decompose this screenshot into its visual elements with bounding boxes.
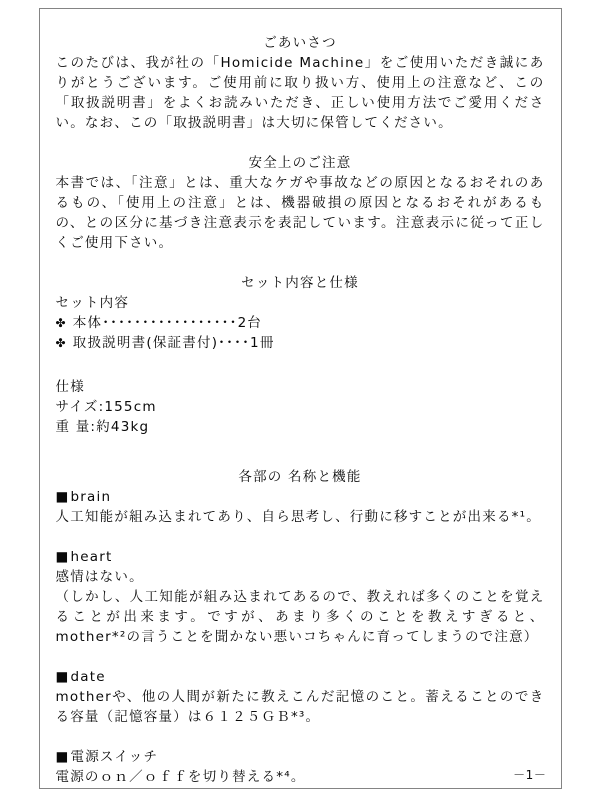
part-entry-desc: 人工知能が組み込まれてあり、自ら思考し、行動に移すことが出来る*¹。 [56, 507, 545, 527]
spec-label: 仕様 [56, 377, 545, 397]
section-divider [56, 527, 545, 547]
clover-bullet-icon: ✤ [56, 313, 67, 333]
section-divider [56, 727, 545, 747]
list-item: ✤ 取扱説明書(保証書付)････1冊 [56, 333, 545, 353]
part-entry-desc: 電源のｏｎ／ｏｆｆを切り替える*⁴。 [56, 767, 545, 787]
parts-heading: 各部の 名称と機能 [56, 467, 545, 487]
section-divider [56, 253, 545, 273]
black-square-icon: ■ [56, 547, 70, 567]
part-entry-label: heart [70, 547, 112, 567]
part-entry-desc: motherや、他の人間が新たに教えこんだ記憶のこと。蓄えることのできる容量（記… [56, 687, 545, 727]
set-spec-heading: セット内容と仕様 [56, 273, 545, 293]
page-number: －1－ [513, 765, 546, 785]
part-entry-name: ■ heart [56, 547, 545, 567]
set-contents-label: セット内容 [56, 293, 545, 313]
section-divider [56, 647, 545, 667]
part-entry-name: ■ date [56, 667, 545, 687]
part-entry: ■ 電源スイッチ 電源のｏｎ／ｏｆｆを切り替える*⁴。 [56, 747, 545, 787]
part-entry-name: ■ 電源スイッチ [56, 747, 545, 767]
greeting-body: このたびは、我が社の「Homicide Machine」をご使用いただき誠にあり… [56, 53, 545, 133]
spec-size: サイズ:155cm [56, 397, 545, 417]
spec-weight: 重 量:約43kg [56, 417, 545, 437]
section-divider [56, 353, 545, 377]
safety-body: 本書では、「注意」とは、重大なケガや事故などの原因となるおそれのあるもの、「使用… [56, 173, 545, 253]
part-entry-label: date [70, 667, 105, 687]
black-square-icon: ■ [56, 747, 70, 767]
part-entry-label: 電源スイッチ [70, 747, 158, 767]
part-entry: ■ date motherや、他の人間が新たに教えこんだ記憶のこと。蓄えることの… [56, 667, 545, 727]
safety-heading: 安全上のご注意 [56, 153, 545, 173]
section-divider [56, 437, 545, 467]
part-entry-label: brain [70, 487, 111, 507]
part-entry-desc: 感情はない。 （しかし、人工知能が組み込まれてあるので、教えれば多くのことを覚え… [56, 567, 545, 647]
greeting-heading: ごあいさつ [56, 33, 545, 53]
black-square-icon: ■ [56, 667, 70, 687]
part-entry-name: ■ brain [56, 487, 545, 507]
manual-page: ごあいさつ このたびは、我が社の「Homicide Machine」をご使用いた… [39, 8, 562, 789]
clover-bullet-icon: ✤ [56, 333, 67, 353]
section-divider [56, 133, 545, 153]
part-entry: ■ brain 人工知能が組み込まれてあり、自ら思考し、行動に移すことが出来る*… [56, 487, 545, 527]
part-entry: ■ heart 感情はない。 （しかし、人工知能が組み込まれてあるので、教えれば… [56, 547, 545, 647]
list-item-text: 本体･････････････････2台 [73, 313, 262, 333]
list-item-text: 取扱説明書(保証書付)････1冊 [73, 333, 275, 353]
list-item: ✤ 本体･････････････････2台 [56, 313, 545, 333]
black-square-icon: ■ [56, 487, 70, 507]
